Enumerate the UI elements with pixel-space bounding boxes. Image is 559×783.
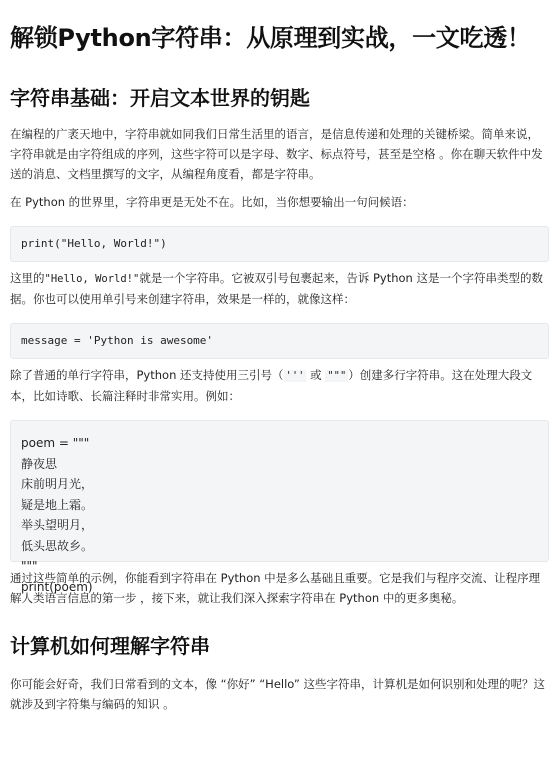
article: 解锁Python字符串：从原理到实战，一文吃透！ 字符串基础：开启文本世界的钥匙… [0, 0, 559, 714]
section-heading-string-basics: 字符串基础：开启文本世界的钥匙 [10, 84, 549, 112]
code-line: message = 'Python is awesome' [21, 334, 213, 347]
code-line: 低头思故乡。 [21, 536, 538, 557]
text: 这里的 [10, 271, 45, 285]
paragraph-intro: 在编程的广袤天地中，字符串就如同我们日常生活里的语言，是信息传递和处理的关键桥梁… [10, 124, 549, 184]
code-block-print-hello[interactable]: print("Hello, World!") [10, 226, 549, 262]
code-line: print("Hello, World!") [21, 237, 167, 250]
code-block-message[interactable]: message = 'Python is awesome' [10, 323, 549, 359]
paragraph-summary: 通过这些简单的示例，你能看到字符串在 Python 中是多么基础且重要。它是我们… [10, 568, 549, 608]
paragraph-python-everywhere: 在 Python 的世界里，字符串更是无处不在。比如，当你想要输出一句问候语： [10, 192, 549, 212]
code-line: poem = """ [21, 433, 538, 454]
code-block-poem[interactable]: poem = """ 静夜思 床前明月光， 疑是地上霜。 举头望明月， 低头思故… [10, 420, 549, 562]
code-line: 举头望明月， [21, 515, 538, 536]
inline-code-triple-double: """ [325, 370, 348, 382]
text: 或 [306, 368, 325, 382]
inline-code-hello: "Hello, World!" [45, 273, 140, 285]
code-line: 静夜思 [21, 454, 538, 475]
section-heading-how-computers-understand: 计算机如何理解字符串 [10, 632, 549, 660]
code-line: 床前明月光， [21, 474, 538, 495]
page-title: 解锁Python字符串：从原理到实战，一文吃透！ [10, 0, 549, 54]
paragraph-hello-explanation: 这里的"Hello, World!"就是一个字符串。它被双引号包裹起来，告诉 P… [10, 268, 549, 309]
text: 除了普通的单行字符串，Python 还支持使用三引号（ [10, 368, 284, 382]
paragraph-triple-quotes: 除了普通的单行字符串，Python 还支持使用三引号（''' 或 """）创建多… [10, 365, 549, 406]
paragraph-charset-intro: 你可能会好奇，我们日常看到的文本，像 “你好” “Hello” 这些字符串，计算… [10, 674, 549, 714]
code-line: 疑是地上霜。 [21, 495, 538, 516]
inline-code-triple-single: ''' [284, 370, 307, 382]
